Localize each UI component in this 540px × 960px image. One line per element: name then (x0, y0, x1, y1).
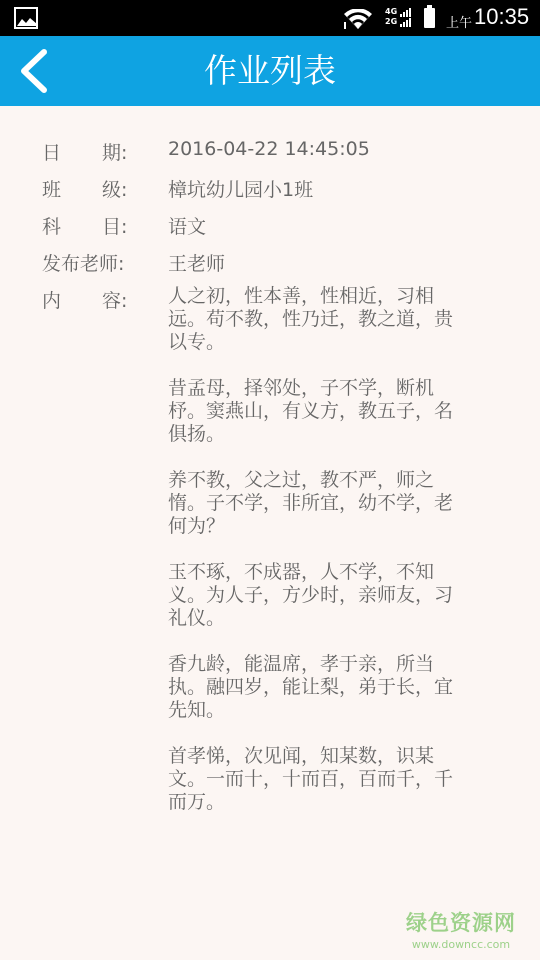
content-paragraph: 香九龄，能温席，孝于亲，所当 执。融四岁，能让梨，弟于长，宜 先知。 (168, 653, 488, 722)
status-time: 10:35 (474, 4, 529, 30)
content-paragraph: 昔孟母，择邻处，子不学，断机 杼。窦燕山，有义方，教五子，名 俱扬。 (168, 377, 488, 446)
battery-icon (424, 8, 435, 28)
status-ampm: 上午 (446, 12, 472, 31)
cellular-signal-icon: 4G 2G (385, 7, 411, 27)
watermark-name: 绿色资源网 (402, 907, 520, 937)
page-title: 作业列表 (0, 36, 540, 106)
content-label: 内 容: (42, 286, 152, 312)
content-paragraph: 玉不琢，不成器，人不学，不知 义。为人子，方少时，亲师友，习 礼仪。 (168, 561, 488, 630)
date-label: 日 期: (42, 138, 152, 164)
watermark: 绿色资源网 www.downcc.com (402, 907, 520, 951)
date-value: 2016-04-22 14:45:05 (168, 138, 370, 160)
wifi-icon (344, 9, 372, 33)
teacher-value: 王老师 (168, 249, 225, 276)
content-paragraph: 首孝悌，次见闻，知某数，识某 文。一而十，十而百，百而千，千 而万。 (168, 745, 488, 814)
image-notification-icon (14, 7, 38, 29)
subject-value: 语文 (168, 212, 206, 239)
app-bar: 作业列表 (0, 36, 540, 106)
content-paragraph: 人之初，性本善，性相近，习相 远。苟不教，性乃迁，教之道，贵 以专。 (168, 285, 488, 354)
class-value: 樟坑幼儿园小1班 (168, 175, 313, 202)
status-bar: 4G 2G 上午 10:35 (0, 0, 540, 36)
subject-label: 科 目: (42, 212, 152, 238)
class-label: 班 级: (42, 175, 152, 201)
watermark-url: www.downcc.com (402, 938, 520, 951)
content-paragraph: 养不教，父之过，教不严，师之 惰。子不学，非所宜，幼不学，老 何为？ (168, 469, 488, 538)
teacher-label: 发布老师: (42, 249, 152, 275)
content-body: 人之初，性本善，性相近，习相 远。苟不教，性乃迁，教之道，贵 以专。 昔孟母，择… (168, 285, 488, 837)
